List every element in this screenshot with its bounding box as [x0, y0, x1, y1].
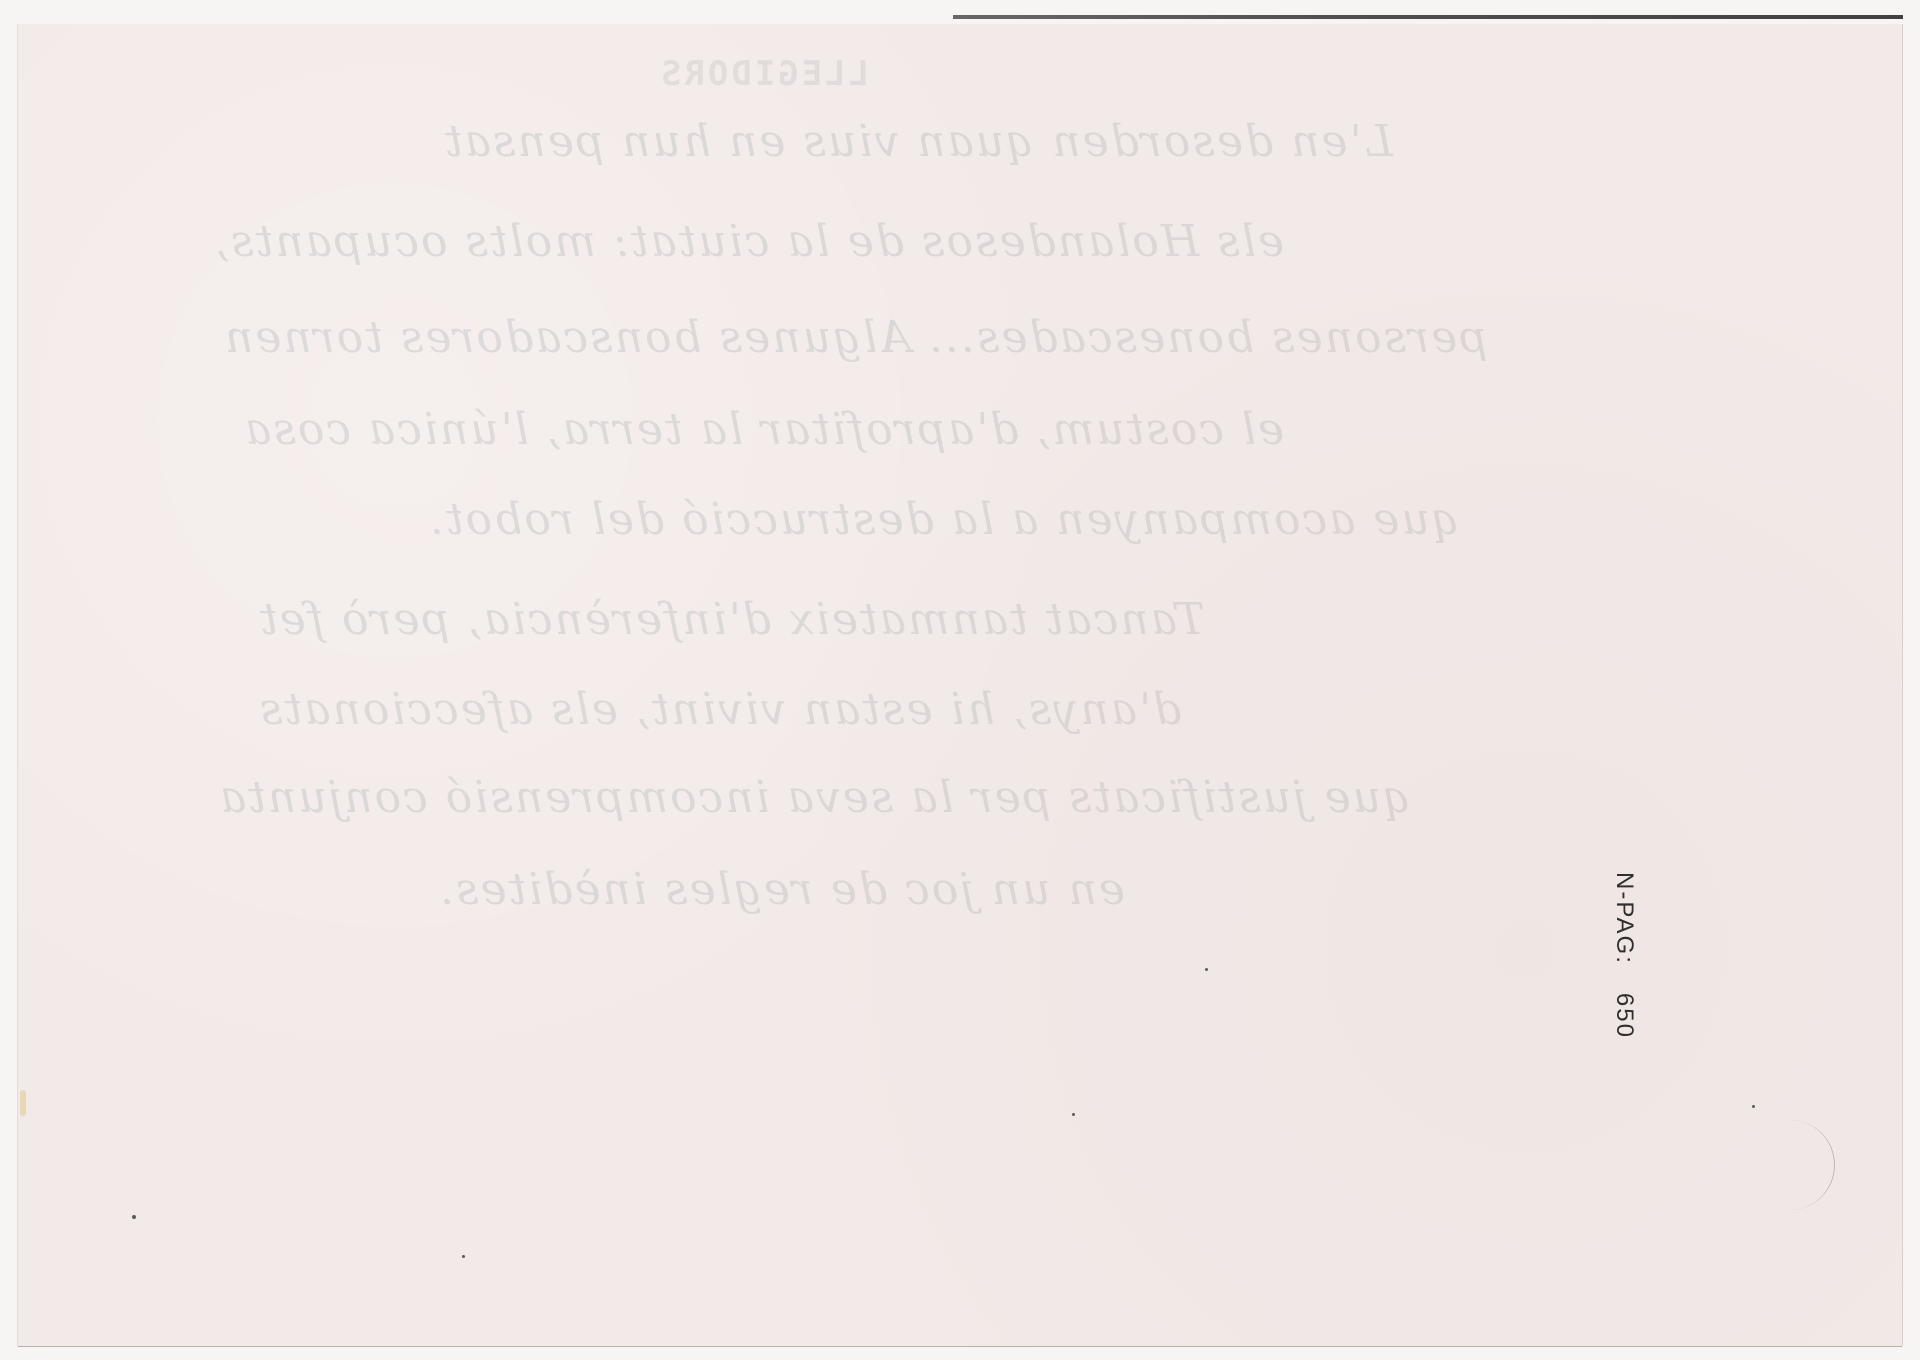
edge-stain: [20, 1090, 26, 1116]
bleed-through-text: LLEGIDORS L'en desorden quan vius en hun…: [18, 24, 1902, 1346]
paper-sheet: LLEGIDORS L'en desorden quan vius en hun…: [18, 24, 1902, 1346]
paper-speck: [1205, 968, 1208, 971]
paper-speck: [132, 1215, 136, 1219]
paper-speck: [1072, 1113, 1075, 1116]
paper-speck: [1752, 1105, 1755, 1108]
bleed-through-line: el costum, d'aprofitar la terra, l'única…: [243, 404, 1284, 455]
bleed-through-line: que acompanyen a la destrucció del robot…: [428, 494, 1460, 545]
scan-background: LLEGIDORS L'en desorden quan vius en hun…: [0, 0, 1920, 1360]
bleed-through-line: que justificats per la seva incomprensió…: [218, 772, 1411, 823]
bleed-through-line: Tancat tanmateix d'inferència, però fet: [258, 594, 1205, 645]
stamp-label: N-PAG:: [1611, 872, 1638, 965]
stamp-number: 650: [1611, 993, 1638, 1039]
bleed-through-line: en un joc de regles inèdites.: [438, 864, 1125, 915]
bleed-through-line: persones bonescades... Algunes bonscador…: [223, 312, 1487, 363]
bleed-through-line: els Holandesos de la ciutat: molts ocupa…: [213, 216, 1284, 267]
bleed-through-header: LLEGIDORS: [658, 54, 869, 94]
page-number-stamp: N-PAG:650: [1618, 872, 1658, 1132]
paper-speck: [462, 1255, 465, 1258]
bleed-through-line: L'en desorden quan vius en hun pensat: [443, 116, 1393, 167]
bleed-through-line: d'anys, hi estan vivint, els afeccionats: [258, 684, 1181, 735]
top-edge-strip: [953, 15, 1903, 19]
paper-crease-mark: [1774, 1120, 1835, 1210]
